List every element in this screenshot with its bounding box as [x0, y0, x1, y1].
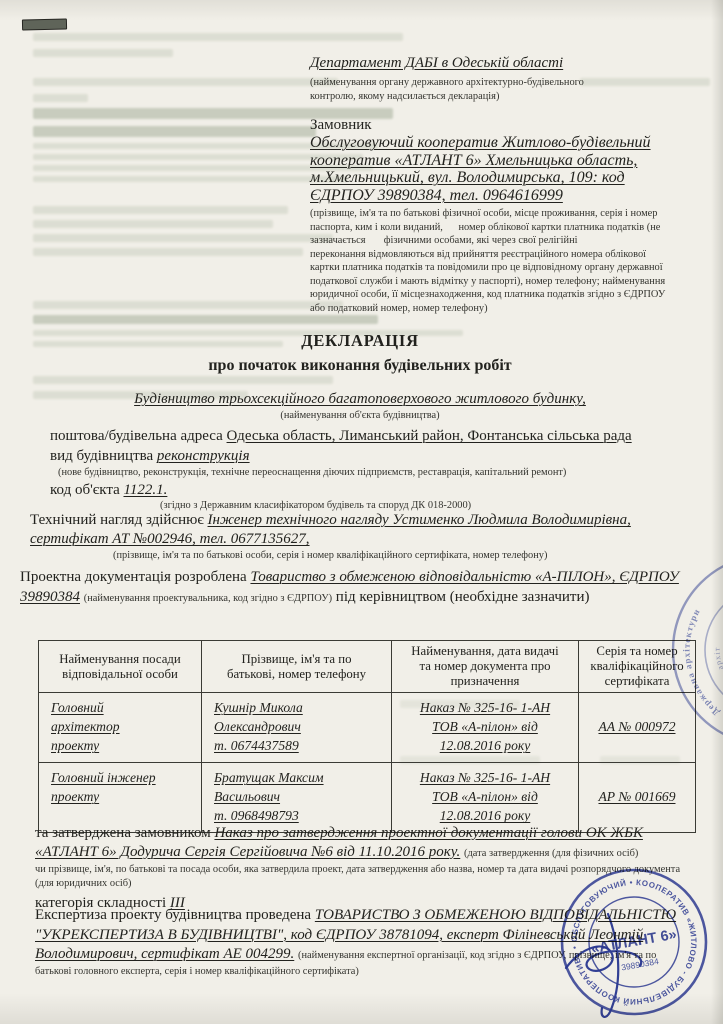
- build-type-note: (нове будівництво, реконструкція, техніч…: [58, 466, 566, 480]
- object-code-value: 1122.1.: [123, 482, 167, 498]
- supervision-block: Технічний нагляд здійснює Інженер техніч…: [30, 511, 720, 549]
- bleedthrough-line: [33, 49, 173, 57]
- edge-authority-stamp-icon: Державна архітектурн архіт: [623, 540, 723, 765]
- cell-document: Наказ № 325-16- 1-АН ТОВ «А-пілон» від 1…: [392, 763, 579, 833]
- build-type-label: вид будівництва: [50, 448, 153, 464]
- cell-document: Наказ № 325-16- 1-АН ТОВ «А-пілон» від 1…: [392, 693, 579, 763]
- recipient-block: Департамент ДАБІ в Одеській області (най…: [310, 55, 714, 315]
- design-value2: 39890384: [20, 589, 80, 605]
- col-header-name: Прізвище, ім'я та по батькові, номер тел…: [202, 641, 392, 693]
- object-code-label: код об'єкта: [50, 482, 120, 498]
- document-title: ДЕКЛАРАЦІЯ про початок виконання будівел…: [65, 331, 655, 375]
- bleedthrough-line: [33, 33, 403, 41]
- cell-position: Головний архітектор проекту: [39, 693, 202, 763]
- build-type-line: вид будівництва реконструкція: [50, 447, 250, 466]
- bleedthrough-line: [33, 220, 273, 228]
- bleedthrough-line: [33, 315, 378, 324]
- object-name-note: (найменування об'єкта будівництва): [60, 409, 660, 423]
- expertise-value3: Володимирович, сертифікат АЕ 004299.: [35, 946, 294, 962]
- recipient-note: (найменування органу державного архітект…: [310, 76, 714, 103]
- bleedthrough-line: [33, 248, 303, 256]
- approval-label: та затверджена замовником: [35, 825, 211, 841]
- declaration-document: Департамент ДАБІ в Одеській області (най…: [0, 0, 723, 1024]
- build-type-value: реконструкція: [157, 448, 250, 464]
- approval-value2: «АТЛАНТ 6» Додурича Сергія Сергійовича №…: [35, 844, 460, 860]
- address-label: поштова/будівельна адреса: [50, 428, 223, 444]
- table-row: Головний архітектор проекту Кушнір Микол…: [39, 693, 696, 763]
- scan-artifact: [22, 19, 67, 31]
- address-line: поштова/будівельна адреса Одеська област…: [50, 427, 720, 446]
- customer-line: Обслуговуючий кооператив Житлово-будівел…: [310, 134, 714, 152]
- design-line2: 39890384 (найменування проектувальника, …: [20, 587, 720, 607]
- recipient-authority: Департамент ДАБІ в Одеській області: [310, 55, 714, 72]
- bleedthrough-line: [33, 376, 333, 384]
- bleedthrough-line: [33, 206, 288, 214]
- col-header-document: Найменування, дата видачі та номер докум…: [392, 641, 579, 693]
- bleedthrough-line: [33, 234, 333, 242]
- customer-label: Замовник: [310, 117, 714, 134]
- expertise-label: Експертиза проекту будівництва проведена: [35, 907, 311, 923]
- edge-stamp-inner-text: архіт: [713, 647, 723, 671]
- bleedthrough-line: [33, 94, 88, 102]
- supervision-line1: Технічний нагляд здійснює Інженер техніч…: [30, 511, 720, 530]
- design-label: Проектна документація розроблена: [20, 569, 247, 585]
- approval-note-inline: (дата затвердження (для фізичних осіб): [464, 848, 638, 859]
- col-header-position: Найменування посади відповідальної особи: [39, 641, 202, 693]
- customer-line: ЄДРПОУ 39890384, тел. 0964616999: [310, 187, 714, 205]
- cell-name: Братущак Максим Васильович т. 0968498793: [202, 763, 392, 833]
- cell-certificate: АР № 001669: [579, 763, 696, 833]
- bleedthrough-line: [33, 78, 338, 86]
- supervision-value1: Інженер технічного нагляду Устименко Люд…: [208, 512, 631, 528]
- table-row: Головний інженер проекту Братущак Максим…: [39, 763, 696, 833]
- atlant6-round-stamp-icon: ОБСЛУГОВУЮЧИЙ • КООПЕРАТИВ «ЖИТЛОВО - БУ…: [548, 862, 723, 1024]
- approval-line2: «АТЛАНТ 6» Додурича Сергія Сергійовича №…: [35, 843, 715, 862]
- table-header-row: Найменування посади відповідальної особи…: [39, 641, 696, 693]
- cell-position: Головний інженер проекту: [39, 763, 202, 833]
- design-note: (найменування проектувальника, код згідн…: [84, 593, 332, 604]
- responsible-persons-table: Найменування посади відповідальної особи…: [38, 640, 696, 833]
- design-line1: Проектна документація розроблена Товарис…: [20, 567, 720, 587]
- bleedthrough-line: [33, 301, 343, 309]
- supervision-value2: сертифікат АТ №002946, тел. 0677135627,: [30, 530, 720, 549]
- design-value1: Товариство з обмеженою відповідальністю …: [250, 569, 678, 585]
- object-name: Будівництво трьохсекційного багатоповерх…: [60, 391, 660, 408]
- approval-value1: Наказ про затвердження проектної докумен…: [214, 825, 642, 841]
- supervision-note: (прізвище, ім'я та по батькові особи, се…: [113, 549, 547, 563]
- bleedthrough-line: [33, 176, 348, 182]
- address-value: Одеська область, Лиманський район, Фонта…: [227, 428, 632, 444]
- object-code-line: код об'єкта 1122.1.: [50, 481, 167, 500]
- cell-name: Кушнір Микола Олександрович т. 067443758…: [202, 693, 392, 763]
- title-line2: про початок виконання будівельних робіт: [65, 357, 655, 375]
- object-name-block: Будівництво трьохсекційного багатоповерх…: [60, 391, 660, 423]
- title-line1: ДЕКЛАРАЦІЯ: [65, 331, 655, 351]
- svg-text:архіт: архіт: [713, 647, 723, 671]
- bleedthrough-line: [33, 126, 316, 137]
- customer-note: (прізвище, ім'я та по батькові фізичної …: [310, 207, 714, 315]
- approval-line1: та затверджена замовником Наказ про затв…: [35, 824, 715, 843]
- design-block: Проектна документація розроблена Товарис…: [20, 567, 720, 607]
- customer-line: кооператив «АТЛАНТ 6» Хмельницька област…: [310, 152, 714, 170]
- supervision-label: Технічний нагляд здійснює: [30, 512, 204, 528]
- design-tail: під керівництвом (необхідне зазначити): [336, 589, 590, 605]
- customer-line: м.Хмельницький, вул. Володимирська, 109:…: [310, 169, 714, 187]
